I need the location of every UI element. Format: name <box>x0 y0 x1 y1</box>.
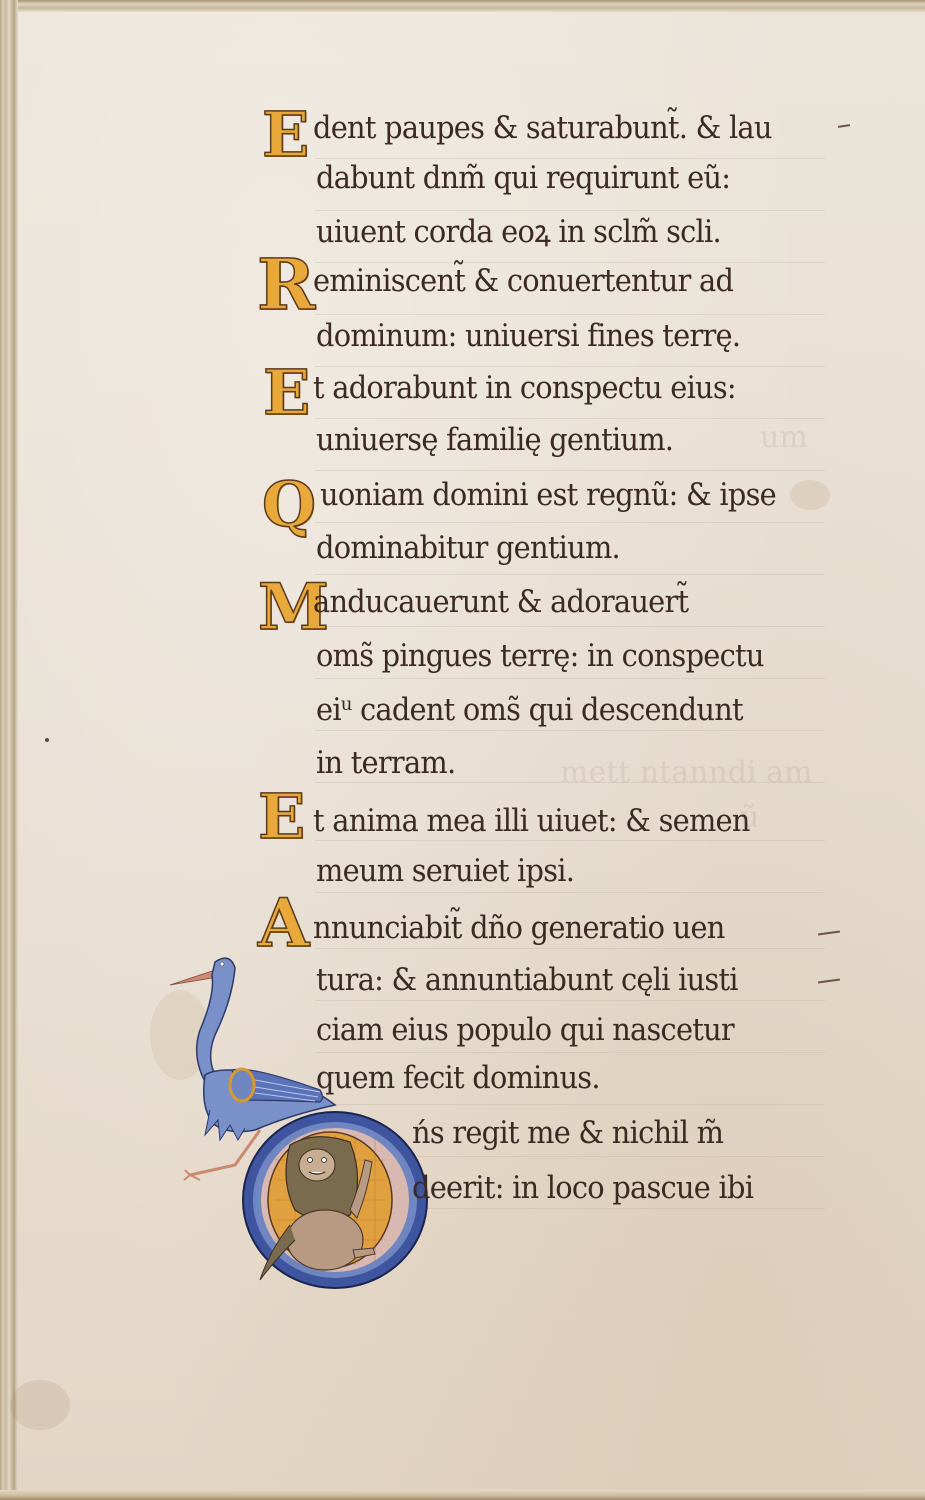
verse-line: uniuersę familię gentium. <box>316 422 673 458</box>
verse-line: meum seruiet ipsi. <box>316 853 574 889</box>
gold-initial-e: E <box>258 786 305 848</box>
verse-line: dent paupes & saturabunt̃. & lau <box>313 110 772 146</box>
gold-initial-q: Q <box>262 474 316 536</box>
verse-line: dabunt dnm̃ qui requirunt eũ: <box>316 160 730 196</box>
gold-initial-r: R <box>257 250 315 320</box>
historiated-initial-d <box>235 1100 435 1300</box>
verse-line: eminiscent̃ & conuertentur ad <box>313 263 733 299</box>
stain <box>10 1380 70 1430</box>
manuscript-page: um mett ntanndi am ũ E dent paupes & sat… <box>0 0 925 1500</box>
verse-line: tura: & annuntiabunt cęli iusti <box>316 962 738 998</box>
show-through-text: um <box>760 420 808 455</box>
verse-line: ńs regit me & nichil m̃ <box>412 1115 723 1151</box>
verse-line: uoniam domini est regnũ: & ipse <box>320 477 776 513</box>
verse-line: oms̃ pingues terrę: in conspectu <box>316 638 764 674</box>
page-edge-top <box>0 0 925 12</box>
verse-line: t anima mea illi uiuet: & semen <box>313 803 750 839</box>
verse-line: deerit: in loco pascue ibi <box>412 1170 753 1206</box>
verse-line: dominabitur gentium. <box>316 530 620 566</box>
line-filler-mark <box>818 930 840 935</box>
verse-line: ciam eius populo qui nascetur <box>316 1012 734 1048</box>
line-filler-mark <box>818 978 840 983</box>
gold-initial-e: E <box>262 104 309 166</box>
stain <box>790 480 830 510</box>
margin-speck <box>45 738 49 742</box>
verse-line: uiuent corda eoꝝ in sclm̃ scli. <box>316 210 721 252</box>
verse-line: nnunciabit̃ dño generatio uen <box>313 910 725 946</box>
verse-line: t adorabunt in conspectu eius: <box>313 370 736 406</box>
show-through-text: mett ntanndi am <box>560 755 812 790</box>
verse-line: in terram. <box>316 745 455 781</box>
verse-line: anducauerunt & adorauert̃ <box>313 584 688 620</box>
gold-initial-e: E <box>263 362 310 424</box>
verse-line: dominum: uniuersi fines terrę. <box>316 318 740 354</box>
page-edge-left <box>0 0 18 1500</box>
line-filler-mark <box>838 124 850 128</box>
verse-line: eiᵘ cadent oms̃ qui descendunt <box>316 692 743 728</box>
page-edge-bottom <box>0 1490 925 1500</box>
